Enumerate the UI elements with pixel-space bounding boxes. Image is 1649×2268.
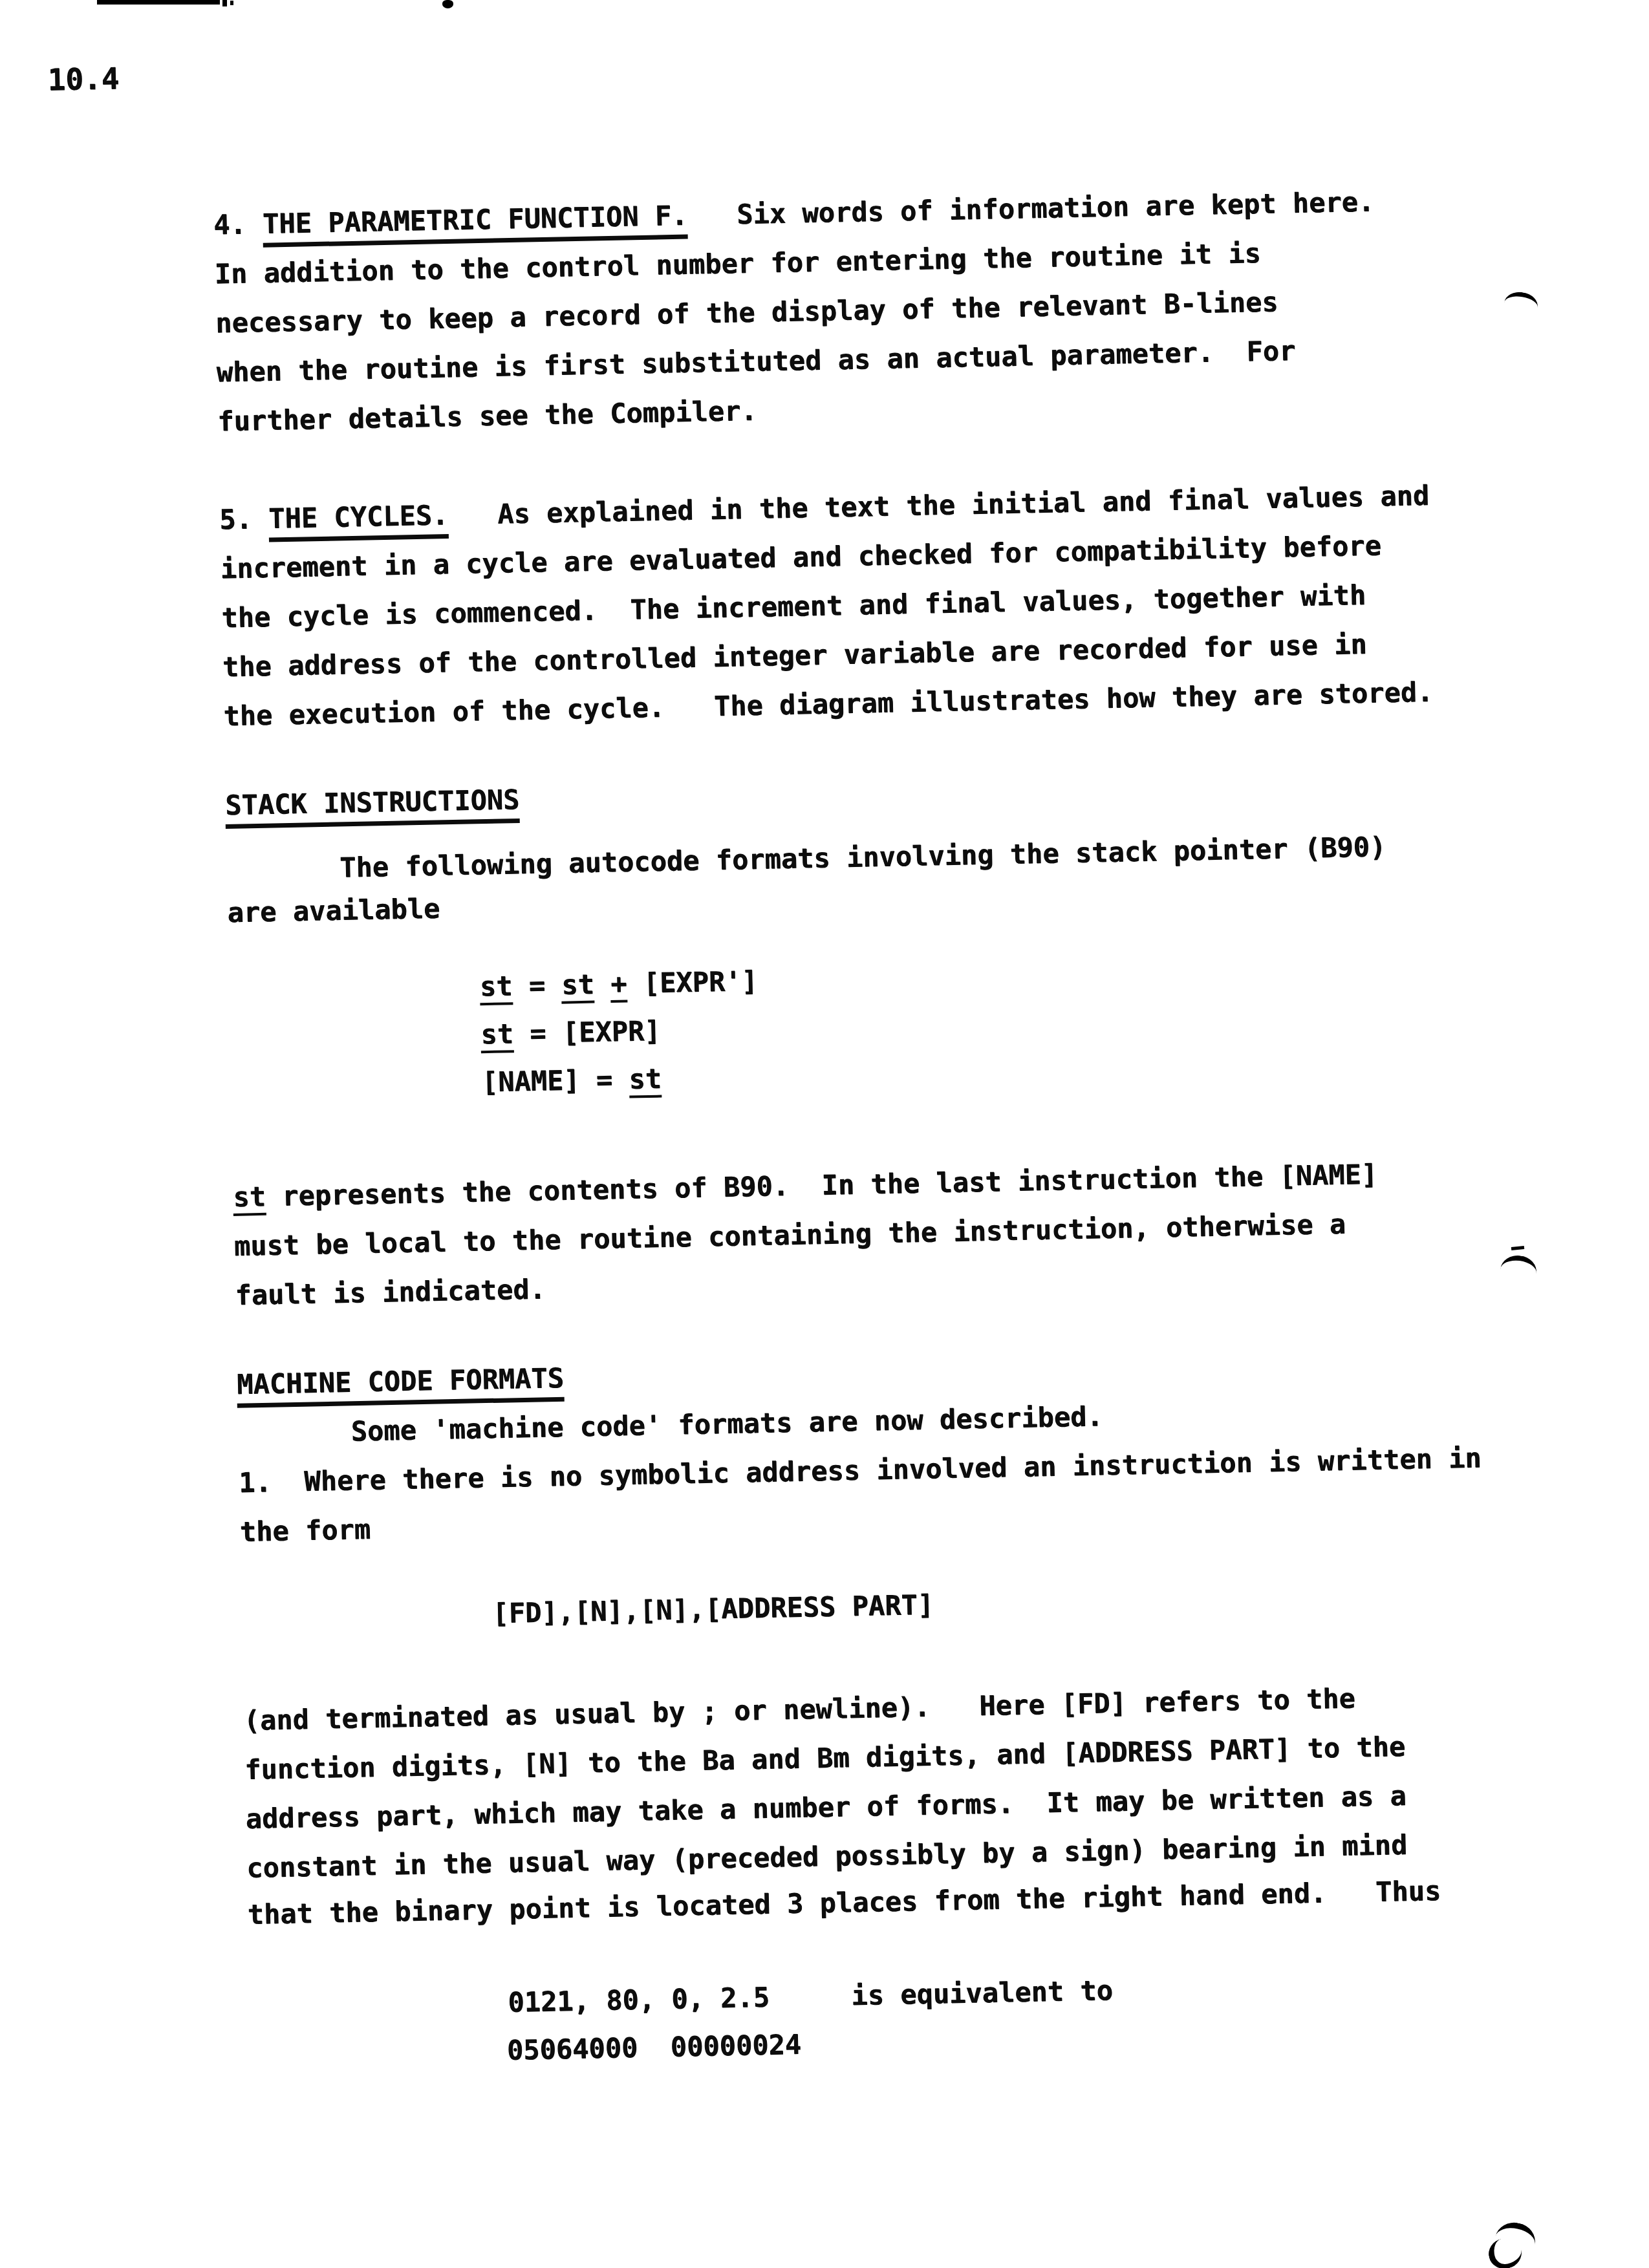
example-line: 0121, 80, 0, 2.5 is equivalent to (508, 1973, 1113, 2020)
plus-minus-sign: + (610, 968, 627, 1003)
example1-text: 0121, 80, 0, 2.5 is equivalent to (508, 1974, 1113, 2018)
st-keyword: st (480, 1018, 514, 1053)
machine-item1: 1. Where there is no symbolic address in… (239, 1442, 1482, 1499)
machine-para2: function digits, [N] to the Ba and Bm di… (244, 1731, 1406, 1786)
stack-heading: STACK INSTRUCTIONS (225, 784, 520, 829)
machine-para4: constant in the usual way (preceded poss… (246, 1829, 1408, 1884)
code-format-line: [FD],[N],[N],[ADDRESS PART] (492, 1587, 934, 1631)
code-format-text: [FD],[N],[N],[ADDRESS PART] (492, 1589, 934, 1629)
machine-para1: (and terminated as usual by ; or newline… (243, 1682, 1355, 1736)
machine-heading: MACHINE CODE FORMATS (237, 1362, 565, 1408)
section4-line5: further details see the Compiler. (217, 394, 757, 437)
machine-para3: address part, which may take a number of… (245, 1780, 1406, 1835)
formula-text: [NAME] = (481, 1064, 629, 1098)
paragraph-line: address part, which may take a number of… (245, 1779, 1406, 1837)
section5-heading-line: 5. THE CYCLES. As explained in the text … (219, 478, 1430, 538)
stack-note2: must be local to the routine containing … (233, 1208, 1346, 1261)
formula-text: [EXPR'] (627, 965, 758, 1000)
paragraph-line: the cycle is commenced. The increment an… (221, 578, 1366, 636)
st-keyword: st (233, 1181, 266, 1216)
machine-item1b: the form (239, 1514, 371, 1548)
machine-para5: that the binary point is located 3 place… (247, 1875, 1441, 1931)
paragraph-line: st represents the contents of B90. In th… (233, 1157, 1378, 1215)
paragraph-line: the execution of the cycle. The diagram … (223, 674, 1434, 734)
paragraph-line: fault is indicated. (235, 1272, 546, 1313)
paragraph-line: when the routine is first substituted as… (216, 334, 1296, 390)
stack-intro2: are available (227, 892, 440, 928)
section4-line1: Six words of information are kept here. (687, 186, 1375, 231)
page-number-text: 10.4 (47, 61, 120, 97)
paragraph-line: (and terminated as usual by ; or newline… (243, 1681, 1355, 1738)
paragraph-line: necessary to keep a record of the displa… (215, 284, 1278, 341)
scanned-page: 10.4 4. THE PARAMETRIC FUNCTION F. Six w… (0, 0, 1649, 2268)
formula-text: = (512, 969, 562, 1002)
paragraph-line: 1. Where there is no symbolic address in… (239, 1440, 1482, 1501)
section5-heading: THE CYCLES. (268, 499, 449, 542)
machine-intro: Some 'machine code' formats are now desc… (350, 1400, 1103, 1447)
paragraph-line: the form (239, 1512, 371, 1550)
section5-line4: the address of the controlled integer va… (222, 628, 1367, 683)
section5-number: 5. (219, 503, 269, 536)
section4-heading: THE PARAMETRIC FUNCTION F. (263, 199, 689, 247)
paragraph-line: Some 'machine code' formats are now desc… (350, 1399, 1103, 1449)
paragraph-line: The following autocode formats involving… (339, 829, 1386, 885)
section5-line5: the execution of the cycle. The diagram … (223, 676, 1434, 732)
paragraph-line: must be local to the routine containing … (233, 1206, 1346, 1263)
formula-line: st = [EXPR] (480, 1014, 661, 1053)
stack-note1: represents the contents of B90. In the l… (265, 1158, 1377, 1212)
machine-heading-line: MACHINE CODE FORMATS (237, 1361, 565, 1402)
document-content: 10.4 4. THE PARAMETRIC FUNCTION F. Six w… (0, 0, 1649, 2268)
paragraph-line: the address of the controlled integer va… (222, 627, 1367, 685)
paragraph-line: further details see the Compiler. (217, 393, 757, 439)
section4-number: 4. (213, 208, 263, 241)
section4-line4: when the routine is first substituted as… (216, 335, 1296, 388)
stack-note3: fault is indicated. (235, 1273, 546, 1311)
st-keyword: st (561, 968, 595, 1004)
section5-line1: As explained in the text the initial and… (448, 480, 1430, 531)
formula-text (594, 968, 610, 1000)
formula-text: = [EXPR] (513, 1015, 661, 1050)
st-keyword: st (629, 1063, 662, 1098)
paragraph-line: that the binary point is located 3 place… (247, 1874, 1441, 1932)
formula-line: st = st + [EXPR'] (479, 964, 758, 1005)
section4-line3: necessary to keep a record of the displa… (215, 286, 1278, 339)
section4-heading-line: 4. THE PARAMETRIC FUNCTION F. Six words … (213, 184, 1375, 242)
stack-intro1: The following autocode formats involving… (339, 831, 1386, 883)
paragraph-line: function digits, [N] to the Ba and Bm di… (244, 1729, 1406, 1788)
st-keyword: st (479, 970, 513, 1005)
stack-heading-line: STACK INSTRUCTIONS (225, 782, 520, 823)
example2-text: 05064000 00000024 (506, 2029, 801, 2066)
formula-line: [NAME] = st (481, 1062, 662, 1100)
example-line: 05064000 00000024 (506, 2027, 801, 2068)
paragraph-line: are available (227, 891, 440, 930)
page-number: 10.4 (47, 61, 120, 97)
section5-line3: the cycle is commenced. The increment an… (221, 579, 1366, 634)
